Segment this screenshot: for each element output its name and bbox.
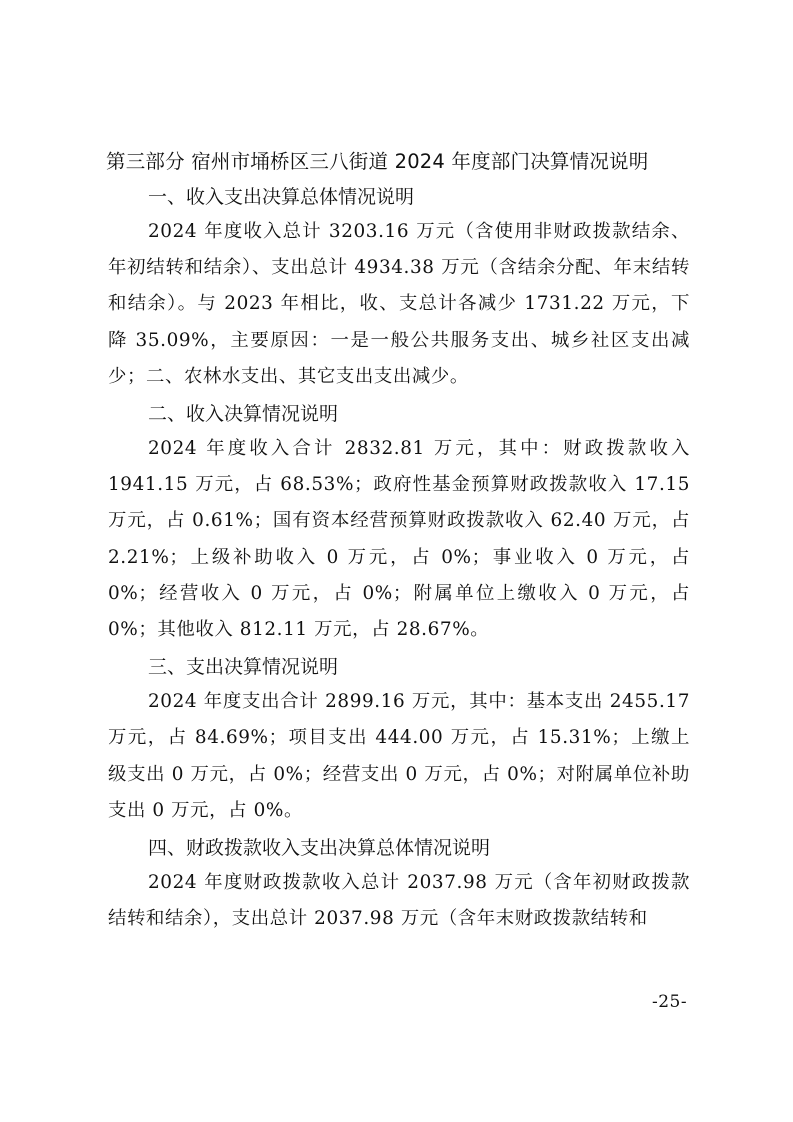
section-expenditure: 三、支出决算情况说明 2024 年度支出合计 2899.16 万元，其中：基本支… <box>108 650 690 829</box>
section-heading: 四、财政拨款收入支出决算总体情况说明 <box>108 831 690 865</box>
page-number: -25- <box>652 992 687 1012</box>
document-title: 第三部分 宿州市埇桥区三八街道 2024 年度部门决算情况说明 <box>106 146 690 178</box>
section-paragraph: 2024 年度收入合计 2832.81 万元，其中：财政拨款收入 1941.15… <box>108 431 690 648</box>
section-income: 二、收入决算情况说明 2024 年度收入合计 2832.81 万元，其中：财政拨… <box>108 397 690 648</box>
section-overall-income-expenditure: 一、收入支出决算总体情况说明 2024 年度收入总计 3203.16 万元（含使… <box>108 180 690 395</box>
document-page: 第三部分 宿州市埇桥区三八街道 2024 年度部门决算情况说明 一、收入支出决算… <box>108 146 690 939</box>
section-heading: 三、支出决算情况说明 <box>108 650 690 684</box>
section-heading: 二、收入决算情况说明 <box>108 397 690 431</box>
section-fiscal-appropriation: 四、财政拨款收入支出决算总体情况说明 2024 年度财政拨款收入总计 2037.… <box>108 831 690 937</box>
section-paragraph: 2024 年度支出合计 2899.16 万元，其中：基本支出 2455.17 万… <box>108 684 690 829</box>
section-paragraph: 2024 年度收入总计 3203.16 万元（含使用非财政拨款结余、年初结转和结… <box>108 214 690 395</box>
section-paragraph: 2024 年度财政拨款收入总计 2037.98 万元（含年初财政拨款结转和结余）… <box>108 865 690 937</box>
section-heading: 一、收入支出决算总体情况说明 <box>108 180 690 214</box>
